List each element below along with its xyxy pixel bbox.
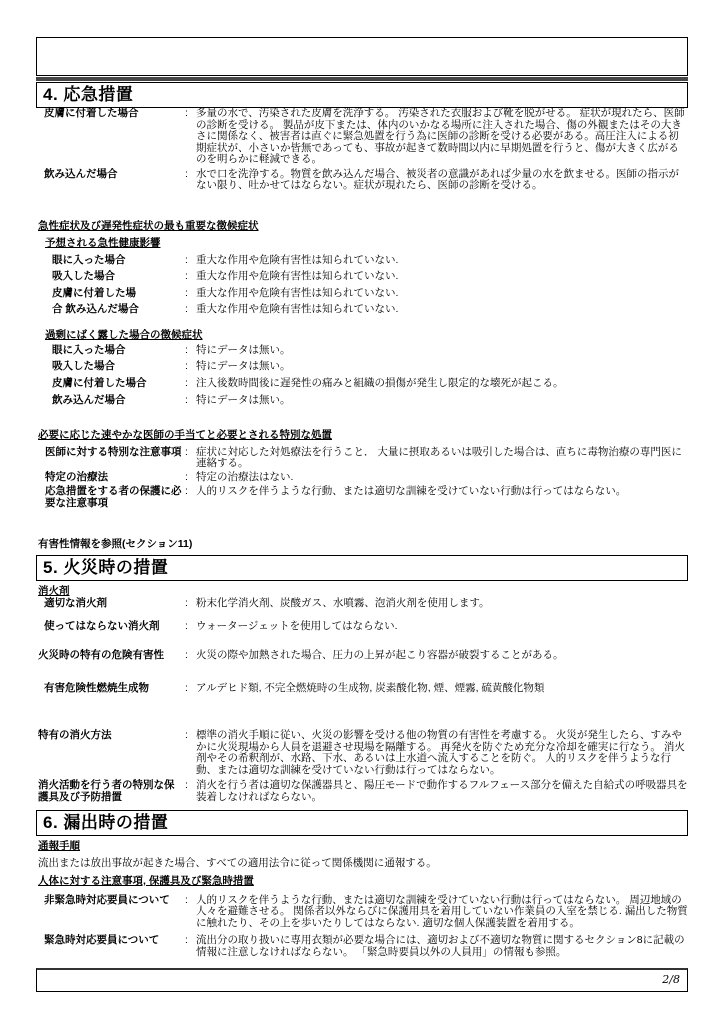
field-label: 使ってはならない消火剤 (36, 621, 184, 633)
colon: : (184, 650, 196, 662)
field-value: 特にデータは無い。 (196, 345, 688, 357)
colon: : (184, 378, 196, 390)
field-label: 皮膚に付着した場合 (36, 378, 184, 390)
colon: : (184, 472, 196, 484)
field-value: 消火を行う者は適切な保護器具と、陽圧モードで動作するフルフェース部分を備えた自給… (196, 780, 688, 803)
field-value: 症状に対応した対処療法を行うこと． 大量に摂取あるいは吸引した場合は、直ちに毒物… (196, 447, 688, 470)
field-value: 重大な作用や危険有害性は知られていない. (196, 255, 688, 267)
field-row: 皮膚に付着した場 : 重大な作用や危険有害性は知られていない. (36, 288, 688, 300)
field-label: 飲み込んだ場合 (36, 169, 184, 181)
colon: : (184, 304, 196, 316)
field-label: 緊急時対応要員について (36, 935, 184, 947)
page-header-box (36, 37, 688, 76)
page-number: 2/8 (662, 973, 680, 986)
field-label: 飲み込んだ場合 (36, 395, 184, 407)
field-label: 皮膚に付着した場 (36, 288, 184, 300)
section-6-title: 6. 漏出時の措置 (43, 813, 168, 832)
field-row: 緊急時対応要員について : 流出分の取り扱いに専用衣類が必要な場合には、適切およ… (36, 935, 688, 958)
field-label: 合 飲み込んだ場合 (36, 304, 184, 316)
notification-procedure-text: 流出または放出事故が起きた場合、すべての適用法令に従って関係機関に通報する。 (36, 858, 688, 870)
medical-treatment-header: 必要に応じた速やかな医師の手当てと必要とされる特別な処置 (36, 430, 688, 442)
field-row: 応急措置をする者の保護に必要な注意事項 : 人的リスクを伴うような行動、または適… (36, 486, 688, 509)
field-row: 吸入した場合 : 重大な作用や危険有害性は知られていない. (36, 271, 688, 283)
field-value: 多量の水で、汚染された皮膚を洗浄する。 汚染された衣服および靴を脱がせる。 症状… (196, 108, 688, 166)
colon: : (184, 345, 196, 357)
field-value: 火災の際や加熱された場合、圧力の上昇が起こり容器が破裂することがある。 (196, 650, 688, 662)
field-value: ウォータージェットを使用してはならない. (196, 621, 688, 633)
colon: : (184, 683, 196, 695)
colon: : (184, 486, 196, 498)
field-row: 特有の消火方法 : 標準の消火手順に従い、火災の影響を受ける他の物質の有害性を考… (36, 730, 688, 776)
field-label: 吸入した場合 (36, 361, 184, 373)
field-value: 重大な作用や危険有害性は知られていない. (196, 271, 688, 283)
field-value: 水で口を洗浄する。物質を飲み込んだ場合、被災者の意識があれば少量の水を飲ませる。… (196, 169, 688, 192)
field-value: 流出分の取り扱いに専用衣類が必要な場合には、適切および不適切な物質に関するセクシ… (196, 935, 688, 958)
colon: : (184, 895, 196, 907)
colon: : (184, 621, 196, 633)
field-row: 皮膚に付着した場合 : 注入後数時間後に遅発性の痛みと組織の損傷が発生し限定的な… (36, 378, 688, 390)
field-value: 注入後数時間後に遅発性の痛みと組織の損傷が発生し限定的な壊死が起こる。 (196, 378, 688, 390)
field-value: 標準の消火手順に従い、火災の影響を受ける他の物質の有害性を考慮する。 火災が発生… (196, 730, 688, 776)
field-value: 重大な作用や危険有害性は知られていない. (196, 304, 688, 316)
field-row: 吸入した場合 : 特にデータは無い。 (36, 361, 688, 373)
field-label: 応急措置をする者の保護に必要な注意事項 (36, 486, 184, 509)
field-row: 消火活動を行う者の特別な保護具及び予防措置 : 消火を行う者は適切な保護器具と、… (36, 780, 688, 803)
section-6-title-box: 6. 漏出時の措置 (36, 810, 688, 836)
field-value: 人的リスクを伴うような行動、または適切な訓練を受けていない行動は行ってはならない… (196, 895, 688, 930)
colon: : (184, 108, 196, 120)
colon: : (184, 598, 196, 610)
field-label: 特定の治療法 (36, 472, 184, 484)
field-row: 非緊急時対応要員について : 人的リスクを伴うような行動、または適切な訓練を受け… (36, 895, 688, 930)
colon: : (184, 255, 196, 267)
header-separator-line (36, 77, 688, 81)
field-row: 皮膚に付着した場合 : 多量の水で、汚染された皮膚を洗浄する。 汚染された衣服お… (36, 108, 688, 166)
field-label: 吸入した場合 (36, 271, 184, 283)
colon: : (184, 780, 196, 792)
field-label: 眼に入った場合 (36, 345, 184, 357)
field-row: 火災時の特有の危険有害性 : 火災の際や加熱された場合、圧力の上昇が起こり容器が… (36, 650, 688, 662)
field-label: 有害危険性燃焼生成物 (36, 683, 184, 695)
field-row: 飲み込んだ場合 : 水で口を洗浄する。物質を飲み込んだ場合、被災者の意識があれば… (36, 169, 688, 192)
field-label: 眼に入った場合 (36, 255, 184, 267)
section-5-title-box: 5. 火災時の措置 (36, 555, 688, 581)
notification-procedure-header: 通報手順 (36, 841, 688, 853)
colon: : (184, 395, 196, 407)
colon: : (184, 730, 196, 742)
field-label: 消火活動を行う者の特別な保護具及び予防措置 (36, 780, 184, 803)
colon: : (184, 361, 196, 373)
field-value: 特にデータは無い。 (196, 361, 688, 373)
field-row: 有害危険性燃焼生成物 : アルデヒド類, 不完全燃焼時の生成物, 炭素酸化物, … (36, 683, 688, 695)
field-value: 特定の治療法はない. (196, 472, 688, 484)
field-label: 非緊急時対応要員について (36, 895, 184, 907)
section-5-title: 5. 火災時の措置 (43, 558, 168, 577)
acute-symptoms-header: 急性症状及び遅発性症状の最も重要な徴候症状 (36, 221, 688, 233)
field-label: 皮膚に付着した場合 (36, 108, 184, 120)
field-value: 重大な作用や危険有害性は知られていない. (196, 288, 688, 300)
colon: : (184, 935, 196, 947)
section-4-title-box: 4. 応急措置 (36, 82, 688, 108)
field-label: 医師に対する特別な注意事項 (36, 447, 184, 459)
field-row: 眼に入った場合 : 重大な作用や危険有害性は知られていない. (36, 255, 688, 267)
field-row: 特定の治療法 : 特定の治療法はない. (36, 472, 688, 484)
field-label: 特有の消火方法 (36, 730, 184, 742)
field-value: 特にデータは無い。 (196, 395, 688, 407)
overexposure-header: 過剰にばく露した場合の徴候症状 (36, 330, 688, 342)
field-row: 医師に対する特別な注意事項 : 症状に対応した対処療法を行うこと． 大量に摂取あ… (36, 447, 688, 470)
section-4-title: 4. 応急措置 (43, 85, 133, 104)
field-row: 合 飲み込んだ場合 : 重大な作用や危険有害性は知られていない. (36, 304, 688, 316)
colon: : (184, 447, 196, 459)
expected-effects-header: 予想される急性健康影響 (36, 238, 688, 250)
field-row: 使ってはならない消火剤 : ウォータージェットを使用してはならない. (36, 621, 688, 633)
field-row: 飲み込んだ場合 : 特にデータは無い。 (36, 395, 688, 407)
field-label: 火災時の特有の危険有害性 (36, 650, 184, 662)
hazard-reference-note: 有害性情報を参照(セクション11) (36, 539, 688, 551)
field-value: 粉末化学消火剤、炭酸ガス、水噴霧、泡消火剤を使用します。 (196, 598, 688, 610)
field-label: 適切な消火剤 (36, 598, 184, 610)
field-value: 人的リスクを伴うような行動、または適切な訓練を受けていない行動は行ってはならない… (196, 486, 688, 498)
colon: : (184, 271, 196, 283)
page-footer-box: 2/8 (36, 968, 688, 992)
personal-precautions-header: 人体に対する注意事項, 保護具及び緊急時措置 (36, 876, 688, 888)
field-row: 眼に入った場合 : 特にデータは無い。 (36, 345, 688, 357)
sds-document-page: 4. 応急措置 皮膚に付着した場合 : 多量の水で、汚染された皮膚を洗浄する。 … (0, 0, 722, 1024)
extinguishing-media-header: 消火剤 (36, 586, 688, 598)
field-row: 適切な消火剤 : 粉末化学消火剤、炭酸ガス、水噴霧、泡消火剤を使用します。 (36, 598, 688, 610)
colon: : (184, 169, 196, 181)
colon: : (184, 288, 196, 300)
field-value: アルデヒド類, 不完全燃焼時の生成物, 炭素酸化物, 煙、煙霧, 硫黄酸化物類 (196, 683, 688, 695)
